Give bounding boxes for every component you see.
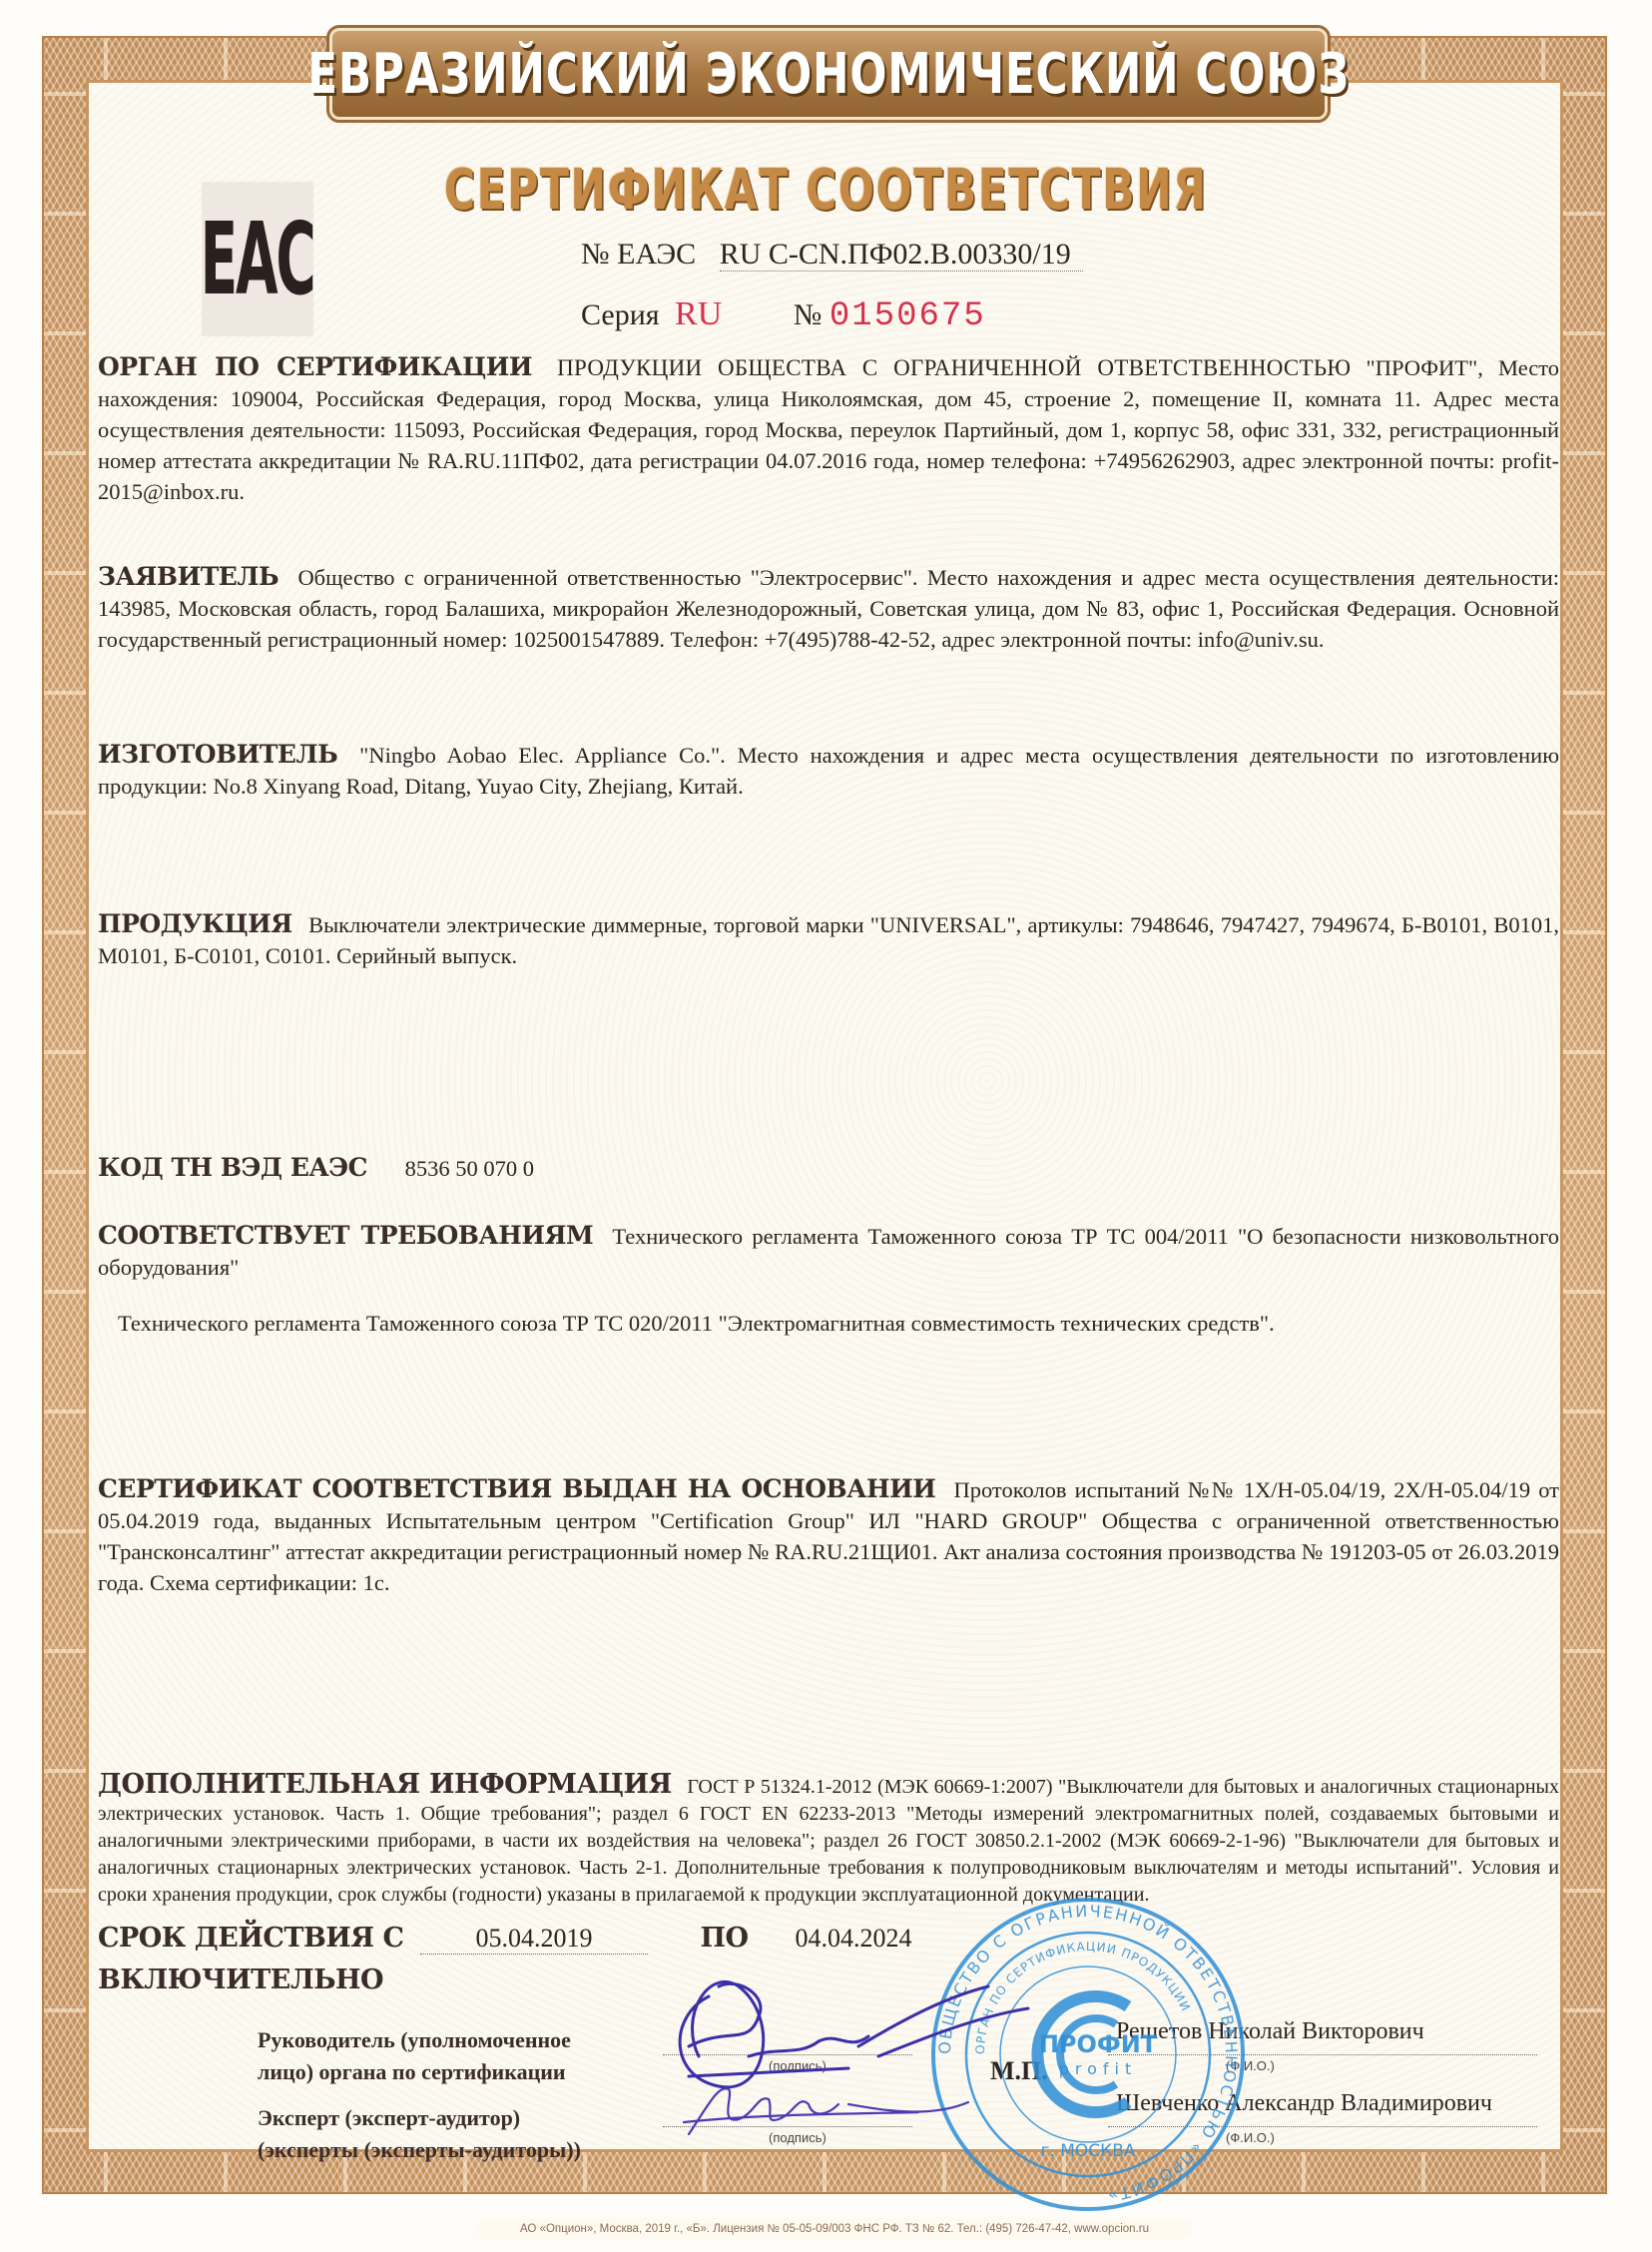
product-text: Выключатели электрические диммерные, тор… (98, 912, 1559, 968)
certification-body-caps: ПРОДУКЦИИ ОБЩЕСТВА С ОГРАНИЧЕННОЙ ОТВЕТС… (557, 355, 1351, 380)
validity-from-label: СРОК ДЕЙСТВИЯ С (98, 1923, 403, 1954)
union-title: ЕВРАЗИЙСКИЙ ЭКОНОМИЧЕСКИЙ СОЮЗ (307, 42, 1350, 107)
series-label: Серия (581, 298, 660, 331)
validity-inclusive-label: ВКЛЮЧИТЕЛЬНО (98, 1965, 383, 1995)
validity-inclusive: ВКЛЮЧИТЕЛЬНО (98, 1965, 393, 1995)
svg-text:profit: profit (1059, 2059, 1138, 2078)
registration-number-line: № ЕАЭС RU C-CN.ПФ02.В.00330/19 (581, 238, 1083, 272)
manufacturer-label: ИЗГОТОВИТЕЛЬ (98, 740, 337, 769)
validity-period: СРОК ДЕЙСТВИЯ С 05.04.2019 ПО 04.04.2024 (98, 1923, 928, 1955)
validity-from-date: 05.04.2019 (420, 1924, 648, 1955)
basis-label: СЕРТИФИКАТ СООТВЕТСТВИЯ ВЫДАН НА ОСНОВАН… (98, 1474, 935, 1503)
validity-to-label: ПО (700, 1923, 748, 1954)
hs-code-label: КОД ТН ВЭД ЕАЭС (98, 1153, 367, 1182)
section-conforms: СООТВЕТСТВУЕТ ТРЕБОВАНИЯМ Технического р… (98, 1220, 1559, 1283)
eac-logo-box: ЕАС (202, 182, 313, 336)
registration-number: RU C-CN.ПФ02.В.00330/19 (720, 238, 1083, 272)
applicant-label: ЗАЯВИТЕЛЬ (98, 562, 278, 591)
head-label-line-2: лицо) органа по сертификации (258, 2056, 571, 2088)
section-basis: СЕРТИФИКАТ СООТВЕТСТВИЯ ВЫДАН НА ОСНОВАН… (98, 1473, 1559, 1598)
section-hs-code: КОД ТН ВЭД ЕАЭС 8536 50 070 0 (98, 1152, 1559, 1184)
expert-label-line-1: Эксперт (эксперт-аудитор) (258, 2102, 581, 2134)
section-certification-body: ОРГАН ПО СЕРТИФИКАЦИИ ПРОДУКЦИИ ОБЩЕСТВА… (98, 351, 1559, 507)
expert-signature-icon (679, 2074, 978, 2144)
svg-text:г. МОСКВА: г. МОСКВА (1040, 2141, 1135, 2161)
conforms-text-2: Технического регламента Таможенного союз… (118, 1311, 1275, 1336)
product-label: ПРОДУКЦИЯ (98, 909, 292, 938)
serial-number-label: № (794, 298, 823, 331)
validity-to-date: 04.04.2024 (779, 1924, 928, 1954)
additional-info-label: ДОПОЛНИТЕЛЬНАЯ ИНФОРМАЦИЯ (98, 1769, 672, 1800)
eac-logo-icon: ЕАС (201, 201, 314, 317)
head-label-line-1: Руководитель (уполномоченное (258, 2024, 571, 2056)
certificate-title: СЕРТИФИКАТ СООТВЕТСТВИЯ (444, 158, 1208, 223)
section-additional-info: ДОПОЛНИТЕЛЬНАЯ ИНФОРМАЦИЯ ГОСТ Р 51324.1… (98, 1771, 1559, 1909)
serial-number: 0150675 (829, 297, 986, 335)
hs-code-value: 8536 50 070 0 (405, 1156, 534, 1181)
expert-label-line-2: (эксперты (эксперты-аудиторы)) (258, 2134, 581, 2166)
printer-imprint: АО «Опцион», Москва, 2019 г., «Б». Лицен… (477, 2218, 1192, 2240)
conforms-label: СООТВЕТСТВУЕТ ТРЕБОВАНИЯМ (98, 1221, 593, 1250)
registration-prefix: № ЕАЭС (581, 238, 696, 271)
certification-body-label: ОРГАН ПО СЕРТИФИКАЦИИ (98, 352, 532, 381)
head-signatory-label: Руководитель (уполномоченное лицо) орган… (258, 2024, 571, 2088)
series-value: RU (675, 295, 722, 332)
section-product: ПРОДУКЦИЯ Выключатели электрические димм… (98, 908, 1559, 971)
union-banner: ЕВРАЗИЙСКИЙ ЭКОНОМИЧЕСКИЙ СОЮЗ (329, 28, 1328, 120)
applicant-text: Общество с ограниченной ответственностью… (98, 565, 1559, 652)
series-line: Серия RU № 0150675 (581, 295, 986, 335)
printer-imprint-text: АО «Опцион», Москва, 2019 г., «Б». Лицен… (520, 2223, 1149, 2235)
section-conforms-2: Технического регламента Таможенного союз… (98, 1308, 1559, 1339)
expert-signatory-label: Эксперт (эксперт-аудитор) (эксперты (экс… (258, 2102, 581, 2166)
section-applicant: ЗАЯВИТЕЛЬ Общество с ограниченной ответс… (98, 561, 1559, 655)
section-manufacturer: ИЗГОТОВИТЕЛЬ "Ningbo Aobao Elec. Applian… (98, 739, 1559, 802)
